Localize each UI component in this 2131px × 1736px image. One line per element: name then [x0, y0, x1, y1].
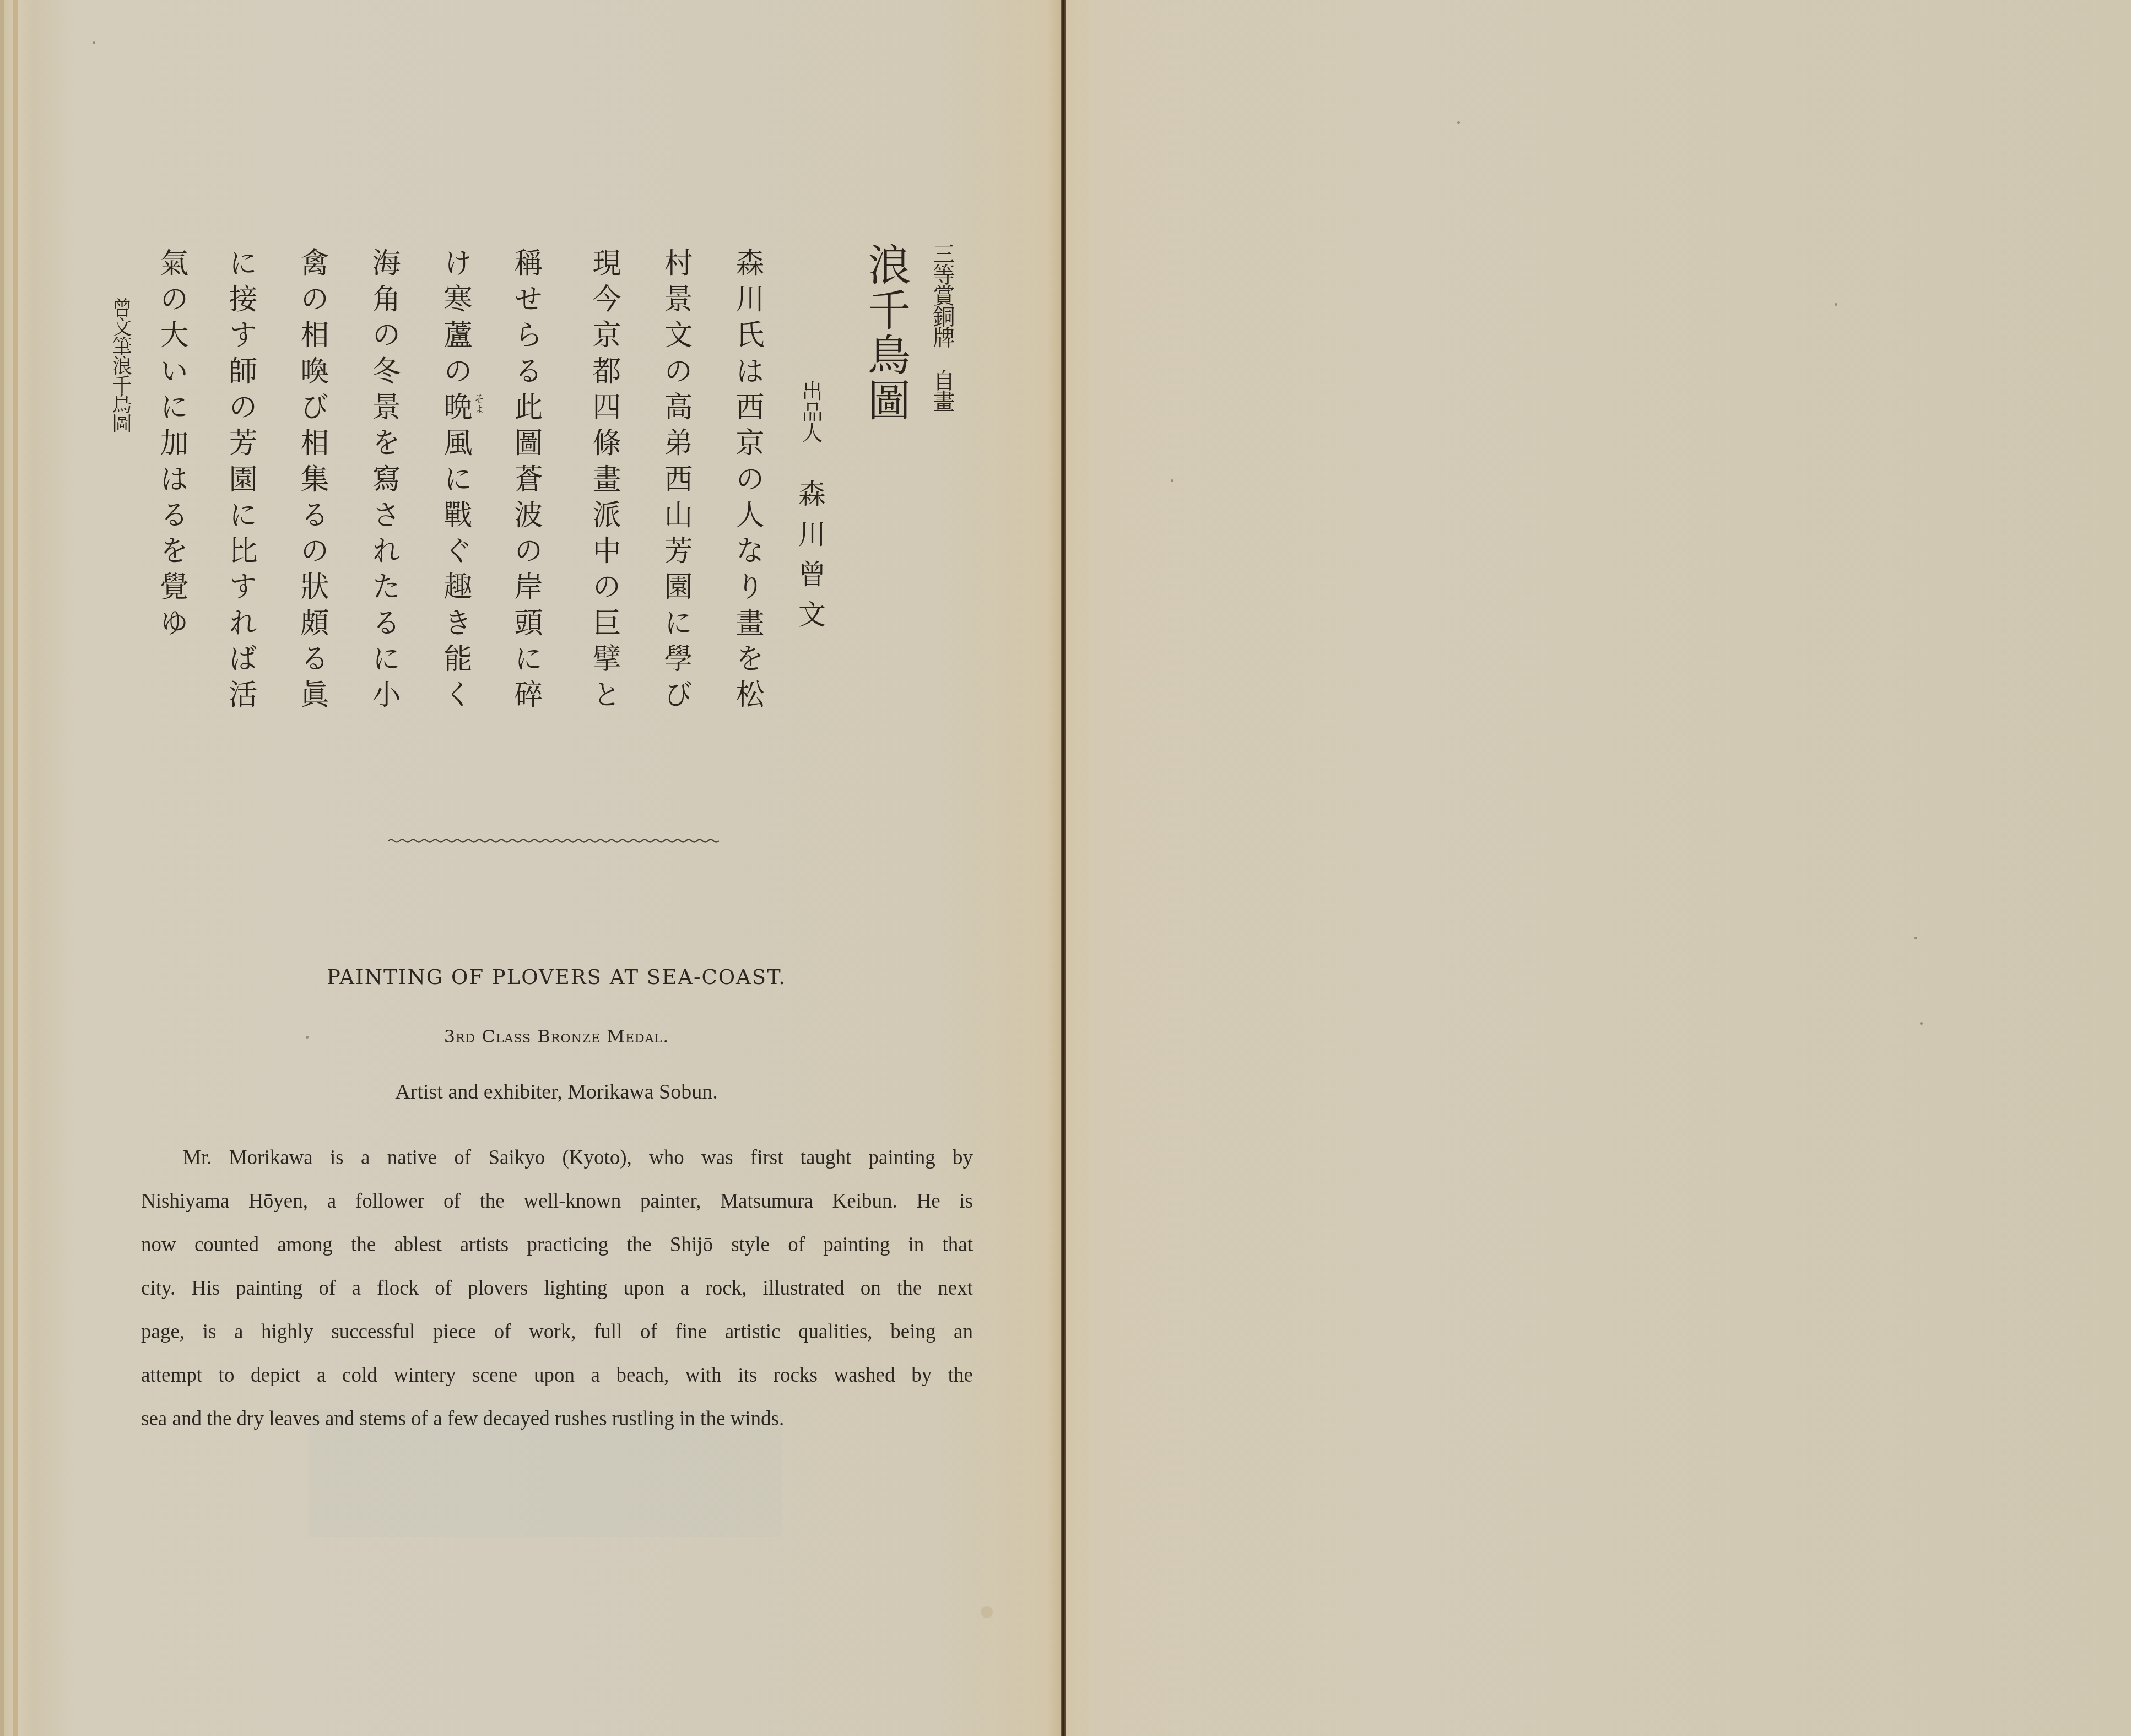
jp-body-column: に接す師の芳園に比すれば活	[226, 248, 255, 716]
jp-body-column: 稱せらる此圖蒼波の岸頭に碎	[511, 248, 540, 716]
award-label: 三等賞銅牌自畫	[931, 242, 953, 411]
paper-speck	[306, 1036, 309, 1039]
medal-line: 3rd Class Bronze Medal.	[309, 1026, 804, 1047]
jp-title: 浪千鳥圖	[864, 242, 907, 423]
paper-speck	[93, 41, 95, 44]
paper-speck	[1171, 479, 1173, 482]
paper-speck	[1457, 121, 1460, 124]
page-edge	[0, 0, 4, 1736]
body-line: city. His painting of a flock of plovers…	[141, 1267, 973, 1310]
body-line: Nishiyama Hōyen, a follower of the well-…	[141, 1180, 973, 1223]
paper-speck	[1914, 937, 1917, 939]
jp-body-column: 海角の冬景を寫されたるに小	[369, 248, 398, 716]
jp-body-column: け寒蘆の晩風に戰ぐ趣き能く	[441, 248, 469, 716]
left-page: 三等賞銅牌自畫 浪千鳥圖 出品人 森川曾文 森川氏は西京の人なり畫を松 村景文の…	[0, 0, 1061, 1736]
paper-speck	[1835, 303, 1837, 306]
english-description: Mr. Morikawa is a native of Saikyo (Kyot…	[141, 1136, 973, 1441]
self-painted-text: 自畫	[929, 369, 955, 411]
jp-body-column: 氣の大いに加はるを覺ゆ	[157, 248, 186, 643]
jp-body-column: 禽の相喚び相集るの狀頗る眞	[298, 248, 326, 716]
jp-body-column: 現今京都四條畫派中の巨擘と	[589, 248, 618, 716]
jp-caption: 曾文筆浪千鳥圖	[110, 298, 130, 432]
book-gutter	[1061, 0, 1066, 1736]
body-line: page, is a highly successful piece of wo…	[141, 1310, 973, 1354]
book-spread: 三等賞銅牌自畫 浪千鳥圖 出品人 森川曾文 森川氏は西京の人なり畫を松 村景文の…	[0, 0, 2131, 1736]
jp-body-column: 村景文の高弟西山芳園に學び	[661, 248, 690, 716]
paper-stain	[981, 1606, 993, 1618]
furigana: そよ	[471, 394, 485, 414]
exhibitor-name: 森川曾文	[796, 479, 824, 640]
exhibitor-label: 出品人	[800, 380, 821, 443]
body-line: Mr. Morikawa is a native of Saikyo (Kyot…	[141, 1136, 973, 1180]
body-line: now counted among the ablest artists pra…	[141, 1223, 973, 1267]
english-title: PAINTING OF PLOVERS AT SEA-COAST.	[309, 965, 804, 989]
body-line: attempt to depict a cold wintery scene u…	[141, 1354, 973, 1397]
body-line: sea and the dry leaves and stems of a fe…	[141, 1397, 973, 1441]
right-page	[1066, 0, 2131, 1736]
award-text: 三等賞銅牌	[929, 242, 955, 347]
artist-line: Artist and exhibiter, Morikawa Sobun.	[309, 1080, 804, 1104]
paper-speck	[1920, 1022, 1923, 1025]
page-edge	[13, 0, 18, 1736]
wavy-divider	[388, 837, 719, 844]
jp-body-column: 森川氏は西京の人なり畫を松	[733, 248, 761, 716]
